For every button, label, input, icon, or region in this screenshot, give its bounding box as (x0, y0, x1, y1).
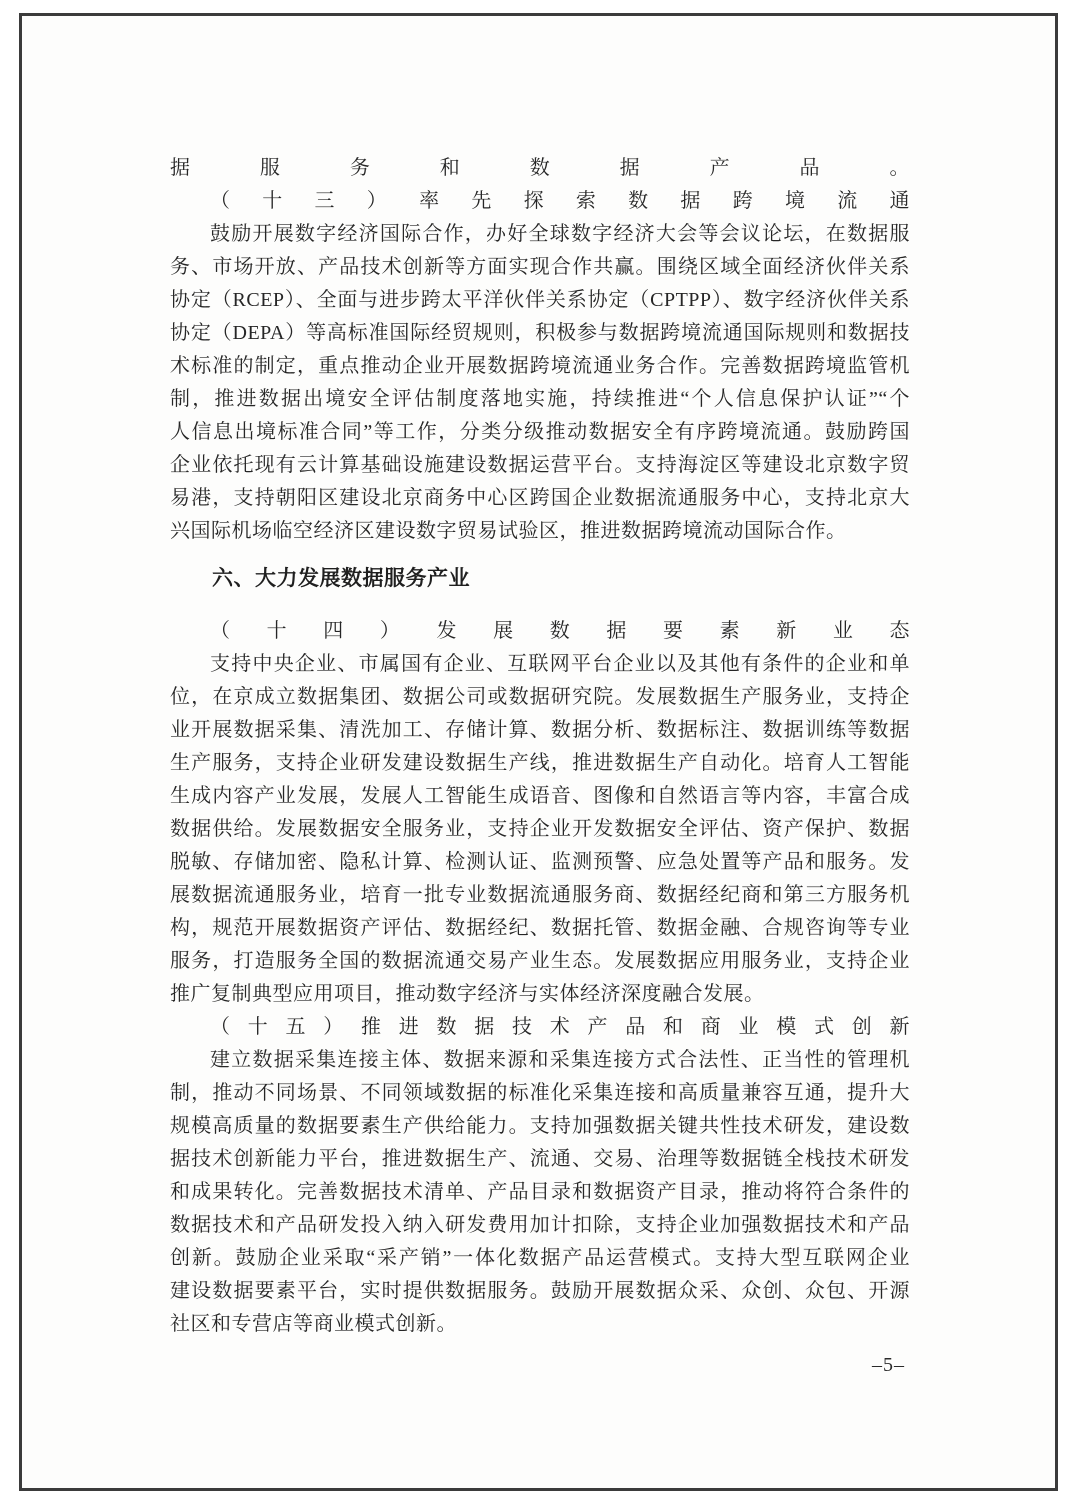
sub-heading-section-13: （十三）率先探索数据跨境流通 (170, 185, 910, 218)
text-line: 易港，支持朝阳区建设北京商务中心区跨国企业数据流通服务中心，支持北京大 (170, 482, 910, 515)
text-line: 社区和专营店等商业模式创新。 (170, 1308, 910, 1341)
text-line: 推广复制典型应用项目，推动数字经济与实体经济深度融合发展。 (170, 978, 910, 1011)
text-line: 人信息出境标准合同”等工作，分类分级推动数据安全有序跨境流通。鼓励跨国 (170, 416, 910, 449)
text-line: 术标准的制定，重点推动企业开展数据跨境流通业务合作。完善数据跨境监管机 (170, 350, 910, 383)
text-line: 协定（DEPA）等高标准国际经贸规则，积极参与数据跨境流通国际规则和数据技 (170, 317, 910, 350)
text-line: 建立数据采集连接主体、数据来源和采集连接方式合法性、正当性的管理机 (170, 1044, 910, 1077)
text-line: 创新。鼓励企业采取“采产销”一体化数据产品运营模式。支持大型互联网企业 (170, 1242, 910, 1275)
chapter-heading-6: 六、大力发展数据服务产业 (170, 562, 910, 595)
text-line: 协定（RCEP）、全面与进步跨太平洋伙伴关系协定（CPTPP）、数字经济伙伴关系 (170, 284, 910, 317)
page-number: –5– (170, 1354, 905, 1377)
paragraph-section-13: 鼓励开展数字经济国际合作，办好全球数字经济大会等会议论坛，在数据服务、市场开放、… (170, 218, 910, 548)
sub-heading-section-14: （十四）发展数据要素新业态 (170, 615, 910, 648)
text-line: 数据技术和产品研发投入纳入研发费用加计扣除，支持企业加强数据技术和产品 (170, 1209, 910, 1242)
text-line: 展数据流通服务业，培育一批专业数据流通服务商、数据经纪商和第三方服务机 (170, 879, 910, 912)
text-line: 服务，打造服务全国的数据流通交易产业生态。发展数据应用服务业，支持企业 (170, 945, 910, 978)
text-line: 和成果转化。完善数据技术清单、产品目录和数据资产目录，推动将符合条件的 (170, 1176, 910, 1209)
paragraph-continuation-line: 据服务和数据产品。 (170, 152, 910, 185)
text-line: 业开展数据采集、清洗加工、存储计算、数据分析、数据标注、数据训练等数据 (170, 714, 910, 747)
text-line: 位，在京成立数据集团、数据公司或数据研究院。发展数据生产服务业，支持企 (170, 681, 910, 714)
text-line: 务、市场开放、产品技术创新等方面实现合作共赢。围绕区域全面经济伙伴关系 (170, 251, 910, 284)
text-line: 企业依托现有云计算基础设施建设数据运营平台。支持海淀区等建设北京数字贸 (170, 449, 910, 482)
text-line: 鼓励开展数字经济国际合作，办好全球数字经济大会等会议论坛，在数据服 (170, 218, 910, 251)
sub-heading-section-15: （十五）推进数据技术产品和商业模式创新 (170, 1011, 910, 1044)
text-line: 据技术创新能力平台，推进数据生产、流通、交易、治理等数据链全栈技术研发 (170, 1143, 910, 1176)
document-body: 据服务和数据产品。 （十三）率先探索数据跨境流通 鼓励开展数字经济国际合作，办好… (170, 152, 910, 1341)
document-scan-page: 据服务和数据产品。 （十三）率先探索数据跨境流通 鼓励开展数字经济国际合作，办好… (0, 0, 1080, 1510)
text-line: 构，规范开展数据资产评估、数据经纪、数据托管、数据金融、合规咨询等专业 (170, 912, 910, 945)
paragraph-section-14: 支持中央企业、市属国有企业、互联网平台企业以及其他有条件的企业和单位，在京成立数… (170, 648, 910, 1011)
text-line: 建设数据要素平台，实时提供数据服务。鼓励开展数据众采、众创、众包、开源 (170, 1275, 910, 1308)
paragraph-section-15: 建立数据采集连接主体、数据来源和采集连接方式合法性、正当性的管理机制，推动不同场… (170, 1044, 910, 1341)
text-line: 脱敏、存储加密、隐私计算、检测认证、监测预警、应急处置等产品和服务。发 (170, 846, 910, 879)
text-line: 兴国际机场临空经济区建设数字贸易试验区，推进数据跨境流动国际合作。 (170, 515, 910, 548)
text-line: 制，推动不同场景、不同领域数据的标准化采集连接和高质量兼容互通，提升大 (170, 1077, 910, 1110)
text-line: 生产服务，支持企业研发建设数据生产线，推进数据生产自动化。培育人工智能 (170, 747, 910, 780)
text-line: 支持中央企业、市属国有企业、互联网平台企业以及其他有条件的企业和单 (170, 648, 910, 681)
text-line: 数据供给。发展数据安全服务业，支持企业开发数据安全评估、资产保护、数据 (170, 813, 910, 846)
text-line: 规模高质量的数据要素生产供给能力。支持加强数据关键共性技术研发，建设数 (170, 1110, 910, 1143)
text-line: 生成内容产业发展，发展人工智能生成语音、图像和自然语言等内容，丰富合成 (170, 780, 910, 813)
text-line: 制，推进数据出境安全评估制度落地实施，持续推进“个人信息保护认证”“个 (170, 383, 910, 416)
